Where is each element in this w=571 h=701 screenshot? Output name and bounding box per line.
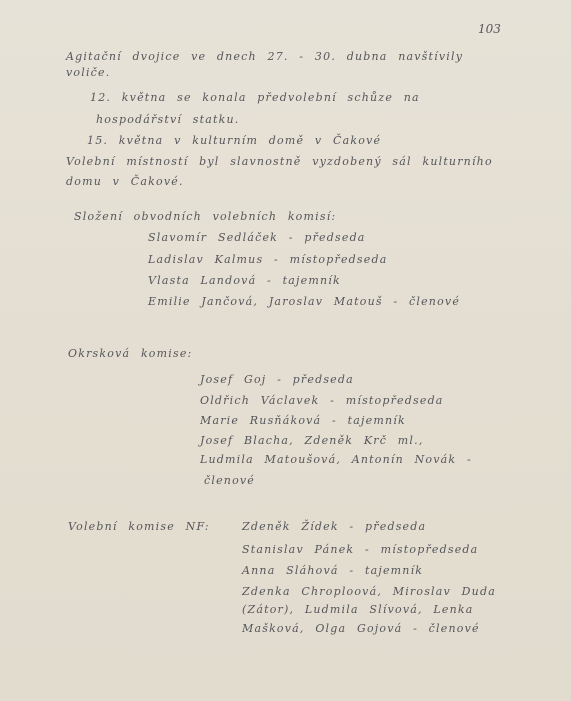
text-line: Agitační dvojice ve dnech 27. - 30. dubn… [66, 50, 463, 63]
member-line: Vlasta Landová - tajemník [148, 274, 341, 287]
member-line: Zdenka Chroploová, Miroslav Duda [242, 585, 496, 598]
member-line: Ladislav Kalmus - místopředseda [148, 253, 387, 266]
member-line: (Zátor), Ludmila Slívová, Lenka [242, 603, 474, 616]
member-line: Josef Blacha, Zdeněk Krč ml., [200, 434, 424, 447]
section-heading-precinct: Okrsková komise: [68, 347, 192, 360]
page-number: 103 [478, 22, 501, 36]
text-line: voliče. [66, 66, 110, 79]
text-line: 15. května v kulturním domě v Čakové [87, 134, 381, 147]
member-line: Slavomír Sedláček - předseda [148, 231, 366, 244]
member-line: Mašková, Olga Gojová - členové [242, 622, 480, 635]
handwritten-page: 103 Agitační dvojice ve dnech 27. - 30. … [0, 0, 571, 701]
text-line: Volební místností byl slavnostně vyzdobe… [66, 155, 493, 168]
member-line: Emilie Jančová, Jaroslav Matouš - členov… [148, 295, 460, 308]
member-line: Stanislav Pánek - místopředseda [242, 543, 478, 556]
section-heading-district: Složení obvodních volebních komisí: [74, 210, 336, 223]
member-line: Oldřich Václavek - místopředseda [200, 394, 444, 407]
member-line: Zdeněk Žídek - předseda [242, 520, 426, 533]
section-heading-nf: Volební komise NF: [68, 520, 210, 533]
text-line: 12. května se konala předvolební schůze … [90, 91, 420, 104]
member-line: Anna Sláhová - tajemník [242, 564, 423, 577]
member-line: Josef Goj - předseda [200, 373, 354, 386]
member-line: Marie Rusňáková - tajemník [200, 414, 406, 427]
member-line: Ludmila Matoušová, Antonín Novák - [200, 453, 472, 466]
member-line: členové [204, 474, 255, 487]
text-line: domu v Čakové. [66, 175, 184, 188]
text-line: hospodářství statku. [96, 113, 239, 126]
